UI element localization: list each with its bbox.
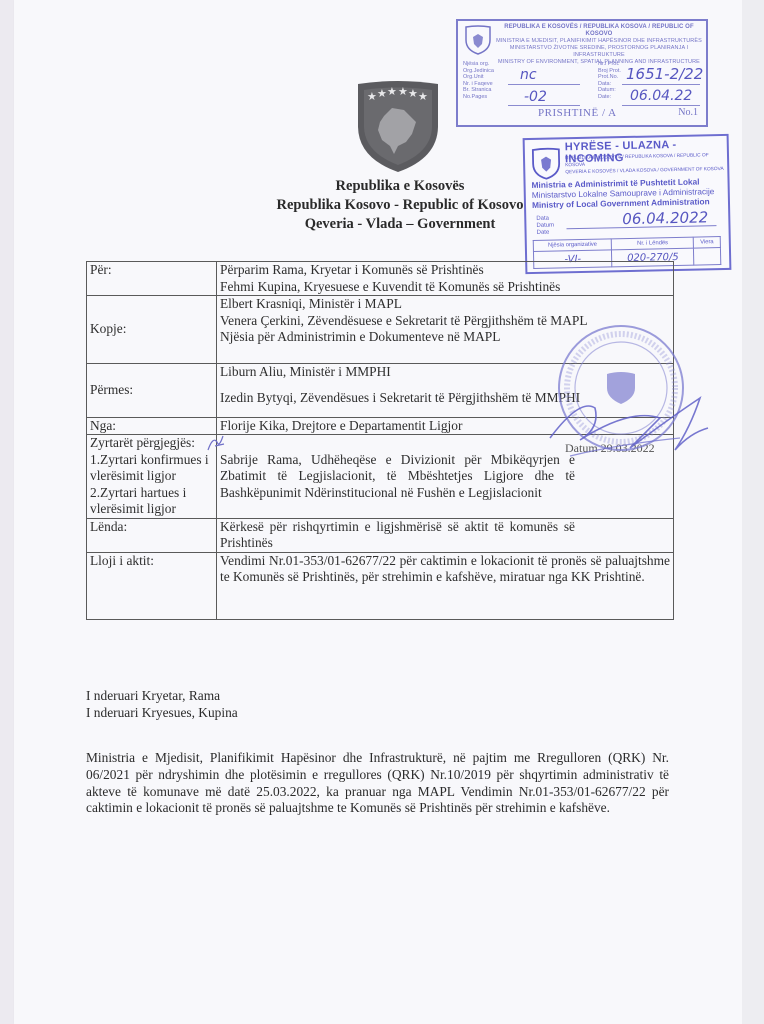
greeting-line-1: I nderuari Kryetar, Rama [86, 687, 238, 704]
svg-text:★: ★ [367, 90, 377, 103]
header-line-3: Qeveria - Vlada – Government [250, 215, 550, 234]
value-per: Përparim Rama, Kryetar i Komunës së Pris… [217, 262, 674, 296]
label-per: Për: [87, 262, 217, 296]
svg-text:★: ★ [418, 90, 428, 103]
row-permes: Përmes: Liburn Aliu, Ministër i MMPHI Iz… [87, 363, 674, 417]
divider [622, 84, 700, 85]
label-lloji: Lloji i aktit: [87, 552, 217, 619]
value-cell [694, 248, 721, 266]
kosovo-coat-of-arms-icon: ★★★ ★★★ [354, 80, 442, 174]
label-lenda: Lënda: [87, 518, 217, 552]
incoming-subtitle: REPUBLIKA E KOSOVËS / REPUBLIKA KOSOVA /… [565, 152, 727, 176]
date-handwritten: 06.04.22 [630, 88, 692, 104]
memo-date: Datum 29.03.2022 [565, 441, 655, 456]
svg-text:★: ★ [377, 87, 387, 100]
row-lloji: Lloji i aktit: Vendimi Nr.01-353/01-6267… [87, 552, 674, 619]
letterhead: Republika e Kosovës Republika Kosovo - R… [250, 177, 550, 234]
incoming-ministry: Ministria e Administrimit të Pushtetit L… [531, 176, 728, 210]
divider [508, 105, 580, 106]
stamp-emblem-icon [531, 147, 562, 180]
divider [508, 84, 580, 85]
stamp-left-labels: Njësia org. Org.Jedinica Org.Unit Nr. i … [463, 61, 494, 100]
value-nga: Florije Kika, Drejtore e Departamentit L… [217, 417, 674, 435]
svg-text:★: ★ [387, 85, 397, 98]
svg-text:★: ★ [408, 87, 418, 100]
divider [622, 105, 700, 106]
label-kopje: Kopje: [87, 296, 217, 364]
date-labels: Data Datum Date [536, 216, 554, 237]
row-nga: Nga: Florije Kika, Drejtore e Departamen… [87, 417, 674, 435]
col-value: Viera [693, 237, 720, 249]
greeting-line-2: I nderuari Kryesues, Kupina [86, 704, 238, 721]
label-zyrtaret: Zyrtarët përgjegjës: 1.Zyrtari konfirmue… [87, 435, 217, 519]
prot-no-handwritten: 1651-2/22 [626, 65, 703, 83]
row-lenda: Lënda: Kërkesë për rishqyrtimin e ligjsh… [87, 518, 674, 552]
stamp-right-labels: Nr.i Prot. Broj Prot. Prot.No. Data: Dat… [598, 61, 621, 100]
stamp-number: No.1 [678, 107, 698, 118]
stamp-emblem-icon [464, 25, 492, 55]
label-nga: Nga: [87, 417, 217, 435]
row-per: Për: Përparim Rama, Kryetar i Komunës së… [87, 262, 674, 296]
incoming-stamp: HYRËSE - ULAZNA - INCOMING REPUBLIKA E K… [523, 134, 732, 274]
divider [566, 225, 716, 229]
value-lloji: Vendimi Nr.01-353/01-62677/22 për caktim… [217, 552, 674, 619]
label-permes: Përmes: [87, 363, 217, 417]
row-kopje: Kopje: Elbert Krasniqi, Ministër i MAPL … [87, 296, 674, 364]
value-permes: Liburn Aliu, Ministër i MMPHI Izedin Byt… [217, 363, 674, 417]
value-kopje: Elbert Krasniqi, Ministër i MAPL Venera … [217, 296, 674, 364]
org-unit-handwritten: nc [520, 67, 537, 83]
pages-handwritten: -02 [524, 89, 547, 105]
body-paragraph: Ministria e Mjedisit, Planifikimit Hapës… [86, 750, 669, 817]
page-edge [742, 0, 764, 1024]
stamp-header: REPUBLIKA E KOSOVËS / REPUBLIKA KOSOVA /… [496, 24, 702, 66]
greeting: I nderuari Kryetar, Rama I nderuari Krye… [86, 687, 238, 721]
value-lenda: Kërkesë për rishqyrtimin e ligjshmërisë … [217, 518, 674, 552]
header-line-1: Republika e Kosovës [250, 177, 550, 196]
ministry-protocol-stamp: REPUBLIKA E KOSOVËS / REPUBLIKA KOSOVA /… [456, 19, 708, 127]
svg-text:★: ★ [398, 85, 408, 98]
header-line-2: Republika Kosovo - Republic of Kosovo [250, 196, 550, 215]
stamp-place: PRISHTINË / A [538, 107, 617, 119]
